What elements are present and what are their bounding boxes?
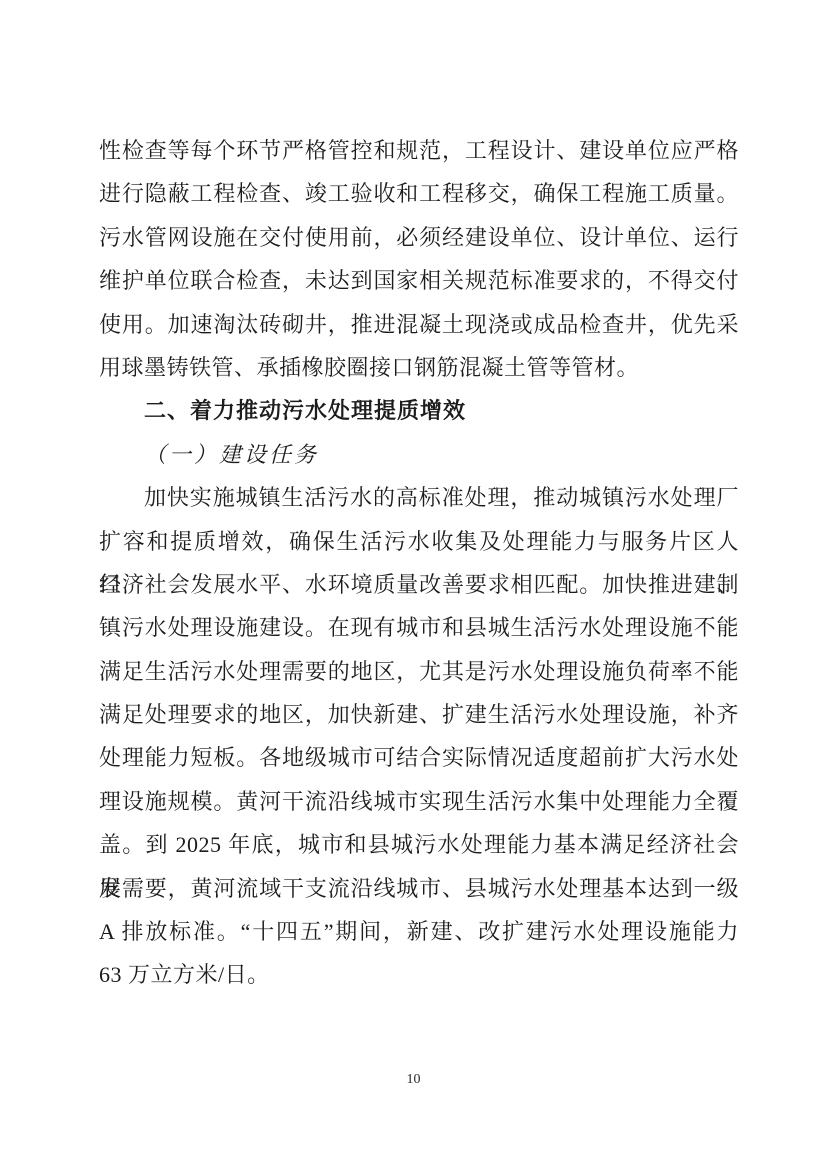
- document-body: 性检查等每个环节严格管控和规范，工程设计、建设单位应严格 进行隐蔽工程检查、竣工…: [99, 129, 739, 997]
- body-line: 展需要，黄河流域干支流沿线城市、县城污水处理基本达到一级: [99, 867, 739, 910]
- document-page: 性检查等每个环节严格管控和规范，工程设计、建设单位应严格 进行隐蔽工程检查、竣工…: [0, 0, 827, 1169]
- body-line: 理设施规模。黄河干流沿线城市实现生活污水集中处理能力全覆: [99, 780, 739, 823]
- body-line: 用球墨铸铁管、承插橡胶圈接口钢筋混凝土管等管材。: [99, 346, 739, 389]
- page-number: 10: [0, 1071, 827, 1089]
- body-line: 进行隐蔽工程检查、竣工验收和工程移交，确保工程施工质量。: [99, 172, 739, 215]
- section-heading: 二、着力推动污水处理提质增效: [99, 389, 739, 432]
- body-line: 满足处理要求的地区，加快新建、扩建生活污水处理设施，补齐: [99, 693, 739, 736]
- body-line: 加快实施城镇生活污水的高标准处理，推动城镇污水处理厂: [99, 476, 739, 519]
- subsection-heading: （一）建设任务: [99, 433, 739, 476]
- body-line: 镇污水处理设施建设。在现有城市和县城生活污水处理设施不能: [99, 606, 739, 649]
- body-line: 盖。到 2025 年底，城市和县城污水处理能力基本满足经济社会发: [99, 823, 739, 866]
- body-line: 经济社会发展水平、水环境质量改善要求相匹配。加快推进建制: [99, 563, 739, 606]
- body-line: A 排放标准。“十四五”期间，新建、改扩建污水处理设施能力: [99, 910, 739, 953]
- body-line: 污水管网设施在交付使用前，必须经建设单位、设计单位、运行: [99, 216, 739, 259]
- body-line: 维护单位联合检查，未达到国家相关规范标准要求的，不得交付: [99, 259, 739, 302]
- body-line: 满足生活污水处理需要的地区，尤其是污水处理设施负荷率不能: [99, 650, 739, 693]
- body-line: 63 万立方米/日。: [99, 953, 739, 996]
- body-line: 性检查等每个环节严格管控和规范，工程设计、建设单位应严格: [99, 129, 739, 172]
- body-line: 扩容和提质增效，确保生活污水收集及处理能力与服务片区人口、: [99, 520, 739, 563]
- body-line: 使用。加速淘汰砖砌井，推进混凝土现浇或成品检查井，优先采: [99, 303, 739, 346]
- body-line: 处理能力短板。各地级城市可结合实际情况适度超前扩大污水处: [99, 736, 739, 779]
